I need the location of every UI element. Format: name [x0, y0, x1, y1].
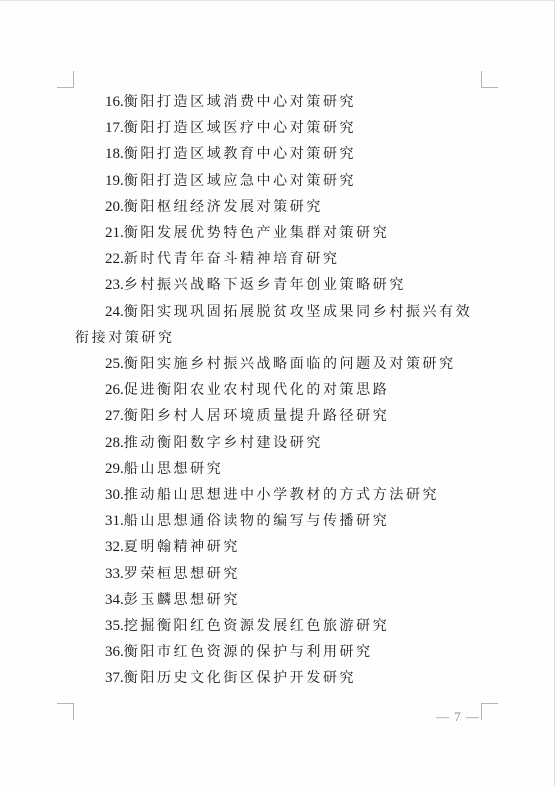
list-item: 17.衡阳打造区域医疗中心对策研究 — [75, 115, 483, 141]
item-number: 32. — [105, 539, 124, 555]
list-item: 20.衡阳枢纽经济发展对策研究 — [75, 194, 483, 220]
crop-mark-bottom-right — [481, 703, 498, 720]
item-text: 衡阳打造区域医疗中心对策研究 — [124, 120, 356, 136]
item-number: 21. — [105, 225, 124, 241]
item-number: 37. — [105, 670, 124, 686]
item-number: 28. — [105, 435, 124, 451]
item-text: 夏明翰精神研究 — [124, 539, 240, 555]
crop-mark-top-right — [481, 71, 498, 88]
crop-mark-top-left — [57, 71, 74, 88]
item-text: 新时代青年奋斗精神培育研究 — [124, 251, 340, 267]
item-number: 29. — [105, 461, 124, 477]
item-text: 推动船山思想进中小学教材的方式方法研究 — [124, 487, 439, 503]
item-text: 罗荣桓思想研究 — [124, 566, 240, 582]
list-item: 31.船山思想通俗读物的编写与传播研究 — [75, 508, 483, 534]
item-text: 衡阳市红色资源的保护与利用研究 — [124, 644, 373, 660]
item-number: 20. — [105, 199, 124, 215]
list-item: 22.新时代青年奋斗精神培育研究 — [75, 246, 483, 272]
list-item: 26.促进衡阳农业农村现代化的对策思路 — [75, 377, 483, 403]
item-number: 33. — [105, 566, 124, 582]
item-number: 16. — [105, 94, 124, 110]
item-number: 31. — [105, 513, 124, 529]
item-text: 彭玉麟思想研究 — [124, 592, 240, 608]
item-number: 22. — [105, 251, 124, 267]
list-item: 24.衡阳实现巩固拓展脱贫攻坚成果同乡村振兴有效衔接对策研究 — [75, 299, 483, 351]
item-text: 促进衡阳农业农村现代化的对策思路 — [124, 382, 390, 398]
item-number: 25. — [105, 356, 124, 372]
crop-mark-bottom-left — [57, 703, 74, 720]
item-text: 衡阳打造区域应急中心对策研究 — [124, 173, 356, 189]
item-text: 推动衡阳数字乡村建设研究 — [124, 435, 323, 451]
list-item: 36.衡阳市红色资源的保护与利用研究 — [75, 639, 483, 665]
item-text: 衡阳打造区域教育中心对策研究 — [124, 146, 356, 162]
list-item: 16.衡阳打造区域消费中心对策研究 — [75, 89, 483, 115]
list-item: 29.船山思想研究 — [75, 456, 483, 482]
list-item: 37.衡阳历史文化街区保护开发研究 — [75, 665, 483, 691]
item-text: 衡阳打造区域消费中心对策研究 — [124, 94, 356, 110]
list-item: 34.彭玉麟思想研究 — [75, 587, 483, 613]
page-number: — 7 — — [434, 709, 482, 725]
item-text: 衡阳枢纽经济发展对策研究 — [124, 199, 323, 215]
item-text: 挖掘衡阳红色资源发展红色旅游研究 — [124, 618, 390, 634]
item-number: 19. — [105, 173, 124, 189]
item-text: 衡阳历史文化街区保护开发研究 — [124, 670, 356, 686]
document-page: 16.衡阳打造区域消费中心对策研究 17.衡阳打造区域医疗中心对策研究 18.衡… — [0, 0, 555, 786]
list-item: 21.衡阳发展优势特色产业集群对策研究 — [75, 220, 483, 246]
item-number: 23. — [105, 277, 124, 293]
list-item: 32.夏明翰精神研究 — [75, 534, 483, 560]
item-number: 26. — [105, 382, 124, 398]
item-number: 27. — [105, 408, 124, 424]
list-item: 35.挖掘衡阳红色资源发展红色旅游研究 — [75, 613, 483, 639]
list-item: 27.衡阳乡村人居环境质量提升路径研究 — [75, 403, 483, 429]
item-number: 36. — [105, 644, 124, 660]
list-item: 25.衡阳实施乡村振兴战略面临的问题及对策研究 — [75, 351, 483, 377]
item-text: 船山思想研究 — [124, 461, 224, 477]
item-number: 30. — [105, 487, 124, 503]
list-item: 18.衡阳打造区域教育中心对策研究 — [75, 141, 483, 167]
list-item: 23.乡村振兴战略下返乡青年创业策略研究 — [75, 272, 483, 298]
item-number: 17. — [105, 120, 124, 136]
list-item: 28.推动衡阳数字乡村建设研究 — [75, 430, 483, 456]
item-text: 衡阳乡村人居环境质量提升路径研究 — [124, 408, 390, 424]
item-number: 18. — [105, 146, 124, 162]
list-item: 19.衡阳打造区域应急中心对策研究 — [75, 168, 483, 194]
item-text: 衡阳发展优势特色产业集群对策研究 — [124, 225, 390, 241]
list-item: 30.推动船山思想进中小学教材的方式方法研究 — [75, 482, 483, 508]
item-text: 船山思想通俗读物的编写与传播研究 — [124, 513, 390, 529]
list-item: 33.罗荣桓思想研究 — [75, 561, 483, 587]
item-text: 衡阳实现巩固拓展脱贫攻坚成果同乡村振兴有效衔接对策研究 — [75, 304, 472, 346]
item-number: 24. — [105, 304, 124, 320]
item-number: 34. — [105, 592, 124, 608]
topic-list: 16.衡阳打造区域消费中心对策研究 17.衡阳打造区域医疗中心对策研究 18.衡… — [75, 89, 483, 692]
item-text: 衡阳实施乡村振兴战略面临的问题及对策研究 — [124, 356, 456, 372]
item-number: 35. — [105, 618, 124, 634]
item-text: 乡村振兴战略下返乡青年创业策略研究 — [124, 277, 406, 293]
